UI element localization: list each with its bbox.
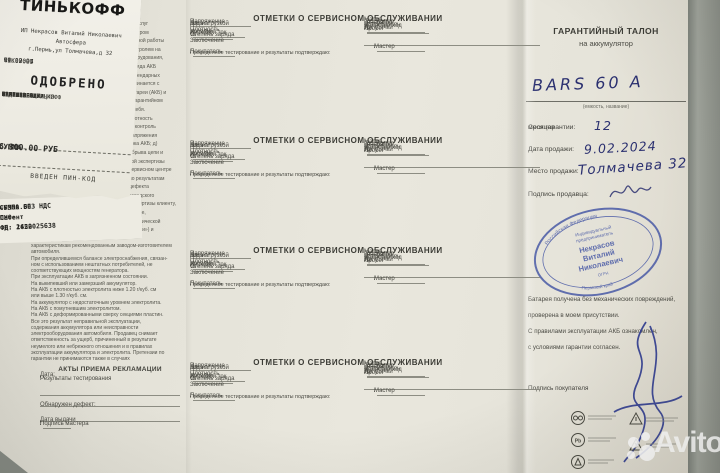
tinkoff-card-slip: ТИНЬКОФФ ИП Некрасов Виталий Николаевич …: [0, 0, 142, 202]
sum-no-vat-value: =6300.00: [0, 203, 31, 212]
warranty-card-panel: ГАРАНТИЙНЫЙ ТАЛОН на аккумулятор BARS 60…: [526, 0, 690, 473]
approved-status: ОДОБРЕНО: [2, 71, 135, 93]
fd-value: ФД: 1422025638: [0, 222, 56, 233]
service-left-block: НапряжениеВ Датапод нагрузкойВ Плотность…: [190, 27, 354, 59]
slash: /: [190, 170, 192, 179]
blank-line: [377, 45, 417, 52]
handwritten-sale-place: Толмачева 32: [578, 155, 688, 179]
warranty-subtitle: на аккумулятор: [526, 39, 686, 48]
slash: /: [190, 392, 192, 401]
blank-line: [367, 27, 429, 34]
blank-line: [377, 389, 417, 396]
km-unit: км: [364, 25, 371, 34]
blank-line: [377, 167, 417, 174]
blank-line: [193, 50, 227, 57]
km-unit: км: [364, 147, 371, 156]
text-line: Батарея получена без механических повреж…: [528, 292, 688, 308]
warranty-title: ГАРАНТИЙНЫЙ ТАЛОН: [526, 26, 686, 36]
blank-line: [193, 172, 227, 179]
receipt-sum-row: СУММА 6 300.00 РУБ: [0, 151, 130, 158]
claims-test-label: Результаты тестирования: [40, 375, 111, 384]
receipt-check-no: ЧЕК 0005: [3, 57, 33, 66]
service-left-block: НапряжениеВ Датапод нагрузкойВ Плотность…: [190, 371, 354, 403]
blank-line: [193, 282, 227, 289]
blank-line: [367, 371, 429, 378]
avito-logo-dot: [641, 432, 650, 441]
claims-defect-label: Обнаружен дефект:: [40, 401, 96, 410]
service-left-block: НапряжениеВ Датапод нагрузкойВ Плотность…: [190, 259, 354, 291]
photo-of-warranty-documents: ия услугцентромтажной работыконтролем на…: [0, 0, 720, 473]
slash: /: [374, 43, 376, 52]
slash: /: [40, 420, 42, 429]
service-left-block: НапряжениеВ Датапод нагрузкойВ Плотность…: [190, 149, 354, 181]
blank-line: [367, 149, 429, 156]
sum-value: 6 300.00 РУБ: [0, 141, 58, 154]
service-right-block: Марка Гос. номер ГенераторВ ПотребительВ…: [364, 257, 540, 285]
slash: /: [374, 387, 376, 396]
service-right-block: Марка Гос. номер ГенераторВ ПотребительВ…: [364, 369, 540, 397]
handwritten-sale-date: 9.02.2024: [584, 138, 657, 157]
receipt-datetime-row: 09.02.24 11:17:07 ЧЕК 0005: [4, 57, 136, 64]
service-section: ОТМЕТКИ О СЕРВИСНОМ ОБСЛУЖИВАНИИ Напряже…: [150, 246, 538, 368]
slash: /: [190, 280, 192, 289]
handwritten-product-name: BARS 60 A: [532, 72, 644, 95]
handwritten-term: 12: [594, 118, 612, 133]
avito-watermark: Avito: [608, 424, 720, 473]
service-section: ОТМЕТКИ О СЕРВИСНОМ ОБСЛУЖИВАНИИ Напряже…: [150, 14, 538, 136]
blank-line: [43, 422, 71, 429]
service-section: ОТМЕТКИ О СЕРВИСНОМ ОБСЛУЖИВАНИИ Напряже…: [150, 358, 538, 473]
conclusion-label: Заключение: [190, 159, 224, 168]
background-right-strip: [688, 0, 720, 473]
service-right-block: Марка Гос. номер ГенераторВ ПотребительВ…: [364, 147, 540, 175]
stamp-ogrn: ОГРН: [597, 270, 609, 277]
conclusion-label: Заключение: [190, 269, 224, 278]
slash: /: [190, 48, 192, 57]
km-unit: км: [364, 257, 371, 266]
blank-line: [367, 259, 429, 266]
slash: /: [374, 275, 376, 284]
avito-logo-dot: [628, 437, 639, 448]
svg-text:Pb: Pb: [575, 438, 581, 444]
service-right-block: Марка Гос. номер ГенераторВ ПотребительВ…: [364, 25, 540, 53]
blank-line: [377, 277, 417, 284]
avito-watermark-text: Avito: [654, 426, 720, 460]
conclusion-label: Заключение: [190, 381, 224, 390]
avito-logo-dot: [639, 445, 655, 461]
product-line: [526, 101, 686, 102]
service-section: ОТМЕТКИ О СЕРВИСНОМ ОБСЛУЖИВАНИИ Напряже…: [150, 136, 538, 258]
conclusion-label: Заключение: [190, 37, 224, 46]
slash: /: [374, 165, 376, 174]
avito-logo-dot: [627, 451, 635, 459]
blank-line: [193, 394, 227, 401]
product-caption: (емкость, название): [526, 104, 686, 110]
km-unit: км: [364, 369, 371, 378]
tinkoff-logo: ТИНЬКОФФ: [6, 0, 139, 20]
sno-value: Патент: [0, 213, 24, 222]
fiscal-receipt-fragment: СУММА БЕЗ НДС=6300.00 СНО:Патент ФН: 265…: [0, 193, 143, 246]
pin-entered-note: ВВЕДЕН ПИН-КОД: [0, 171, 129, 185]
